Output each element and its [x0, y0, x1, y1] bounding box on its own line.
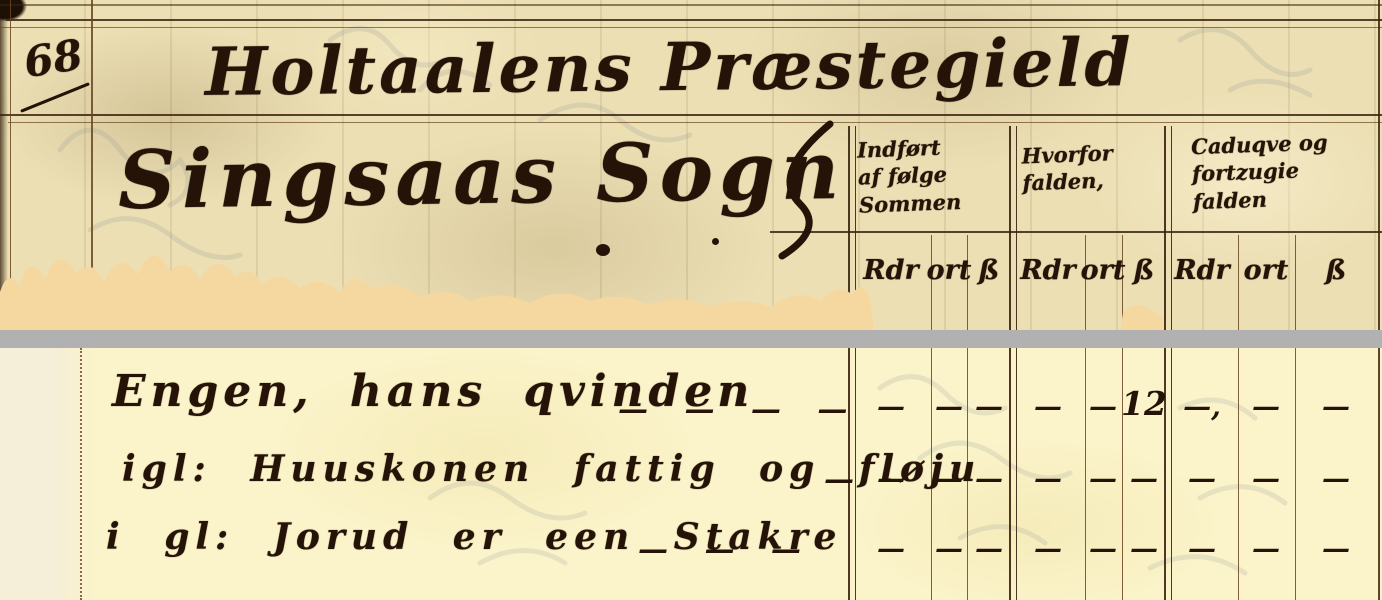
right-border-line	[1378, 348, 1380, 600]
subcol-label-ss: ß	[957, 255, 1021, 286]
amount-cell: —	[1237, 462, 1295, 495]
colgroup-border-3	[1164, 126, 1172, 330]
sogn-title: Singsaas Sogn	[117, 123, 845, 227]
header-rule-1a	[6, 19, 1382, 21]
column-header-3: Caduqve og fortzugie falden	[1191, 127, 1379, 215]
amount-cell: —	[1019, 462, 1077, 495]
amount-cell-value: 12	[1115, 384, 1173, 423]
stitch-divider-band	[0, 330, 1382, 348]
amount-cell: —	[862, 390, 920, 423]
subcol-label-rdr: Rdr	[859, 255, 923, 286]
left-border-line	[10, 0, 11, 330]
amount-cell: —	[1307, 462, 1365, 495]
amount-cell: —,	[1173, 390, 1231, 423]
manuscript-scan: 68 Holtaalens Præstegield Singsaas Sogn …	[0, 0, 1382, 600]
column-header-1: Indført af følge Sommen	[857, 131, 1010, 218]
amount-cell: —	[1237, 390, 1295, 423]
column-header-2: Hvorfor falden,	[1021, 138, 1163, 197]
entry-trailing-dashes: —	[824, 462, 854, 497]
amount-cell: —	[1019, 532, 1077, 565]
parish-title: Holtaalens Præstegield	[205, 23, 1134, 111]
top-edge-rule	[0, 4, 1382, 6]
right-border-line	[1378, 0, 1380, 330]
margin-line-bottom	[80, 348, 82, 600]
amount-cell: —	[960, 532, 1018, 565]
amount-cell: —	[862, 462, 920, 495]
margin-line-top	[91, 0, 93, 330]
amount-cell: —	[1173, 462, 1231, 495]
subcol-label-ss: ß	[1112, 255, 1176, 286]
subcol-label-ss: ß	[1304, 255, 1368, 286]
subcol-label-rdr: Rdr	[1170, 255, 1234, 286]
column-header-underline	[770, 231, 1382, 233]
subcol-line	[1295, 348, 1296, 600]
amount-cell: —	[1173, 532, 1231, 565]
page-number: 68	[21, 30, 86, 88]
ledger-header-section: 68 Holtaalens Præstegield Singsaas Sogn …	[0, 0, 1382, 330]
amount-cell: —	[1019, 390, 1077, 423]
amount-cell: —	[960, 462, 1018, 495]
amount-cell: —	[1237, 532, 1295, 565]
header-rule-2a	[0, 114, 1382, 116]
amount-cell: —	[960, 390, 1018, 423]
colgroup-border-2	[1009, 126, 1017, 330]
amount-cell: —	[1307, 390, 1365, 423]
ink-blot	[596, 244, 610, 256]
amount-cell: —	[1307, 532, 1365, 565]
subcol-label-ort: ort	[1234, 255, 1298, 286]
header-rule-2b	[8, 122, 1382, 123]
amount-cell: —	[1115, 462, 1173, 495]
ink-blot	[712, 238, 719, 245]
colgroup-border-1	[848, 126, 856, 330]
entry-trailing-dashes: — — — —	[618, 392, 847, 427]
entry-trailing-dashes: — — —	[638, 532, 801, 567]
page-left-edge	[0, 0, 8, 330]
amount-cell: —	[1115, 532, 1173, 565]
amount-cell: —	[862, 532, 920, 565]
